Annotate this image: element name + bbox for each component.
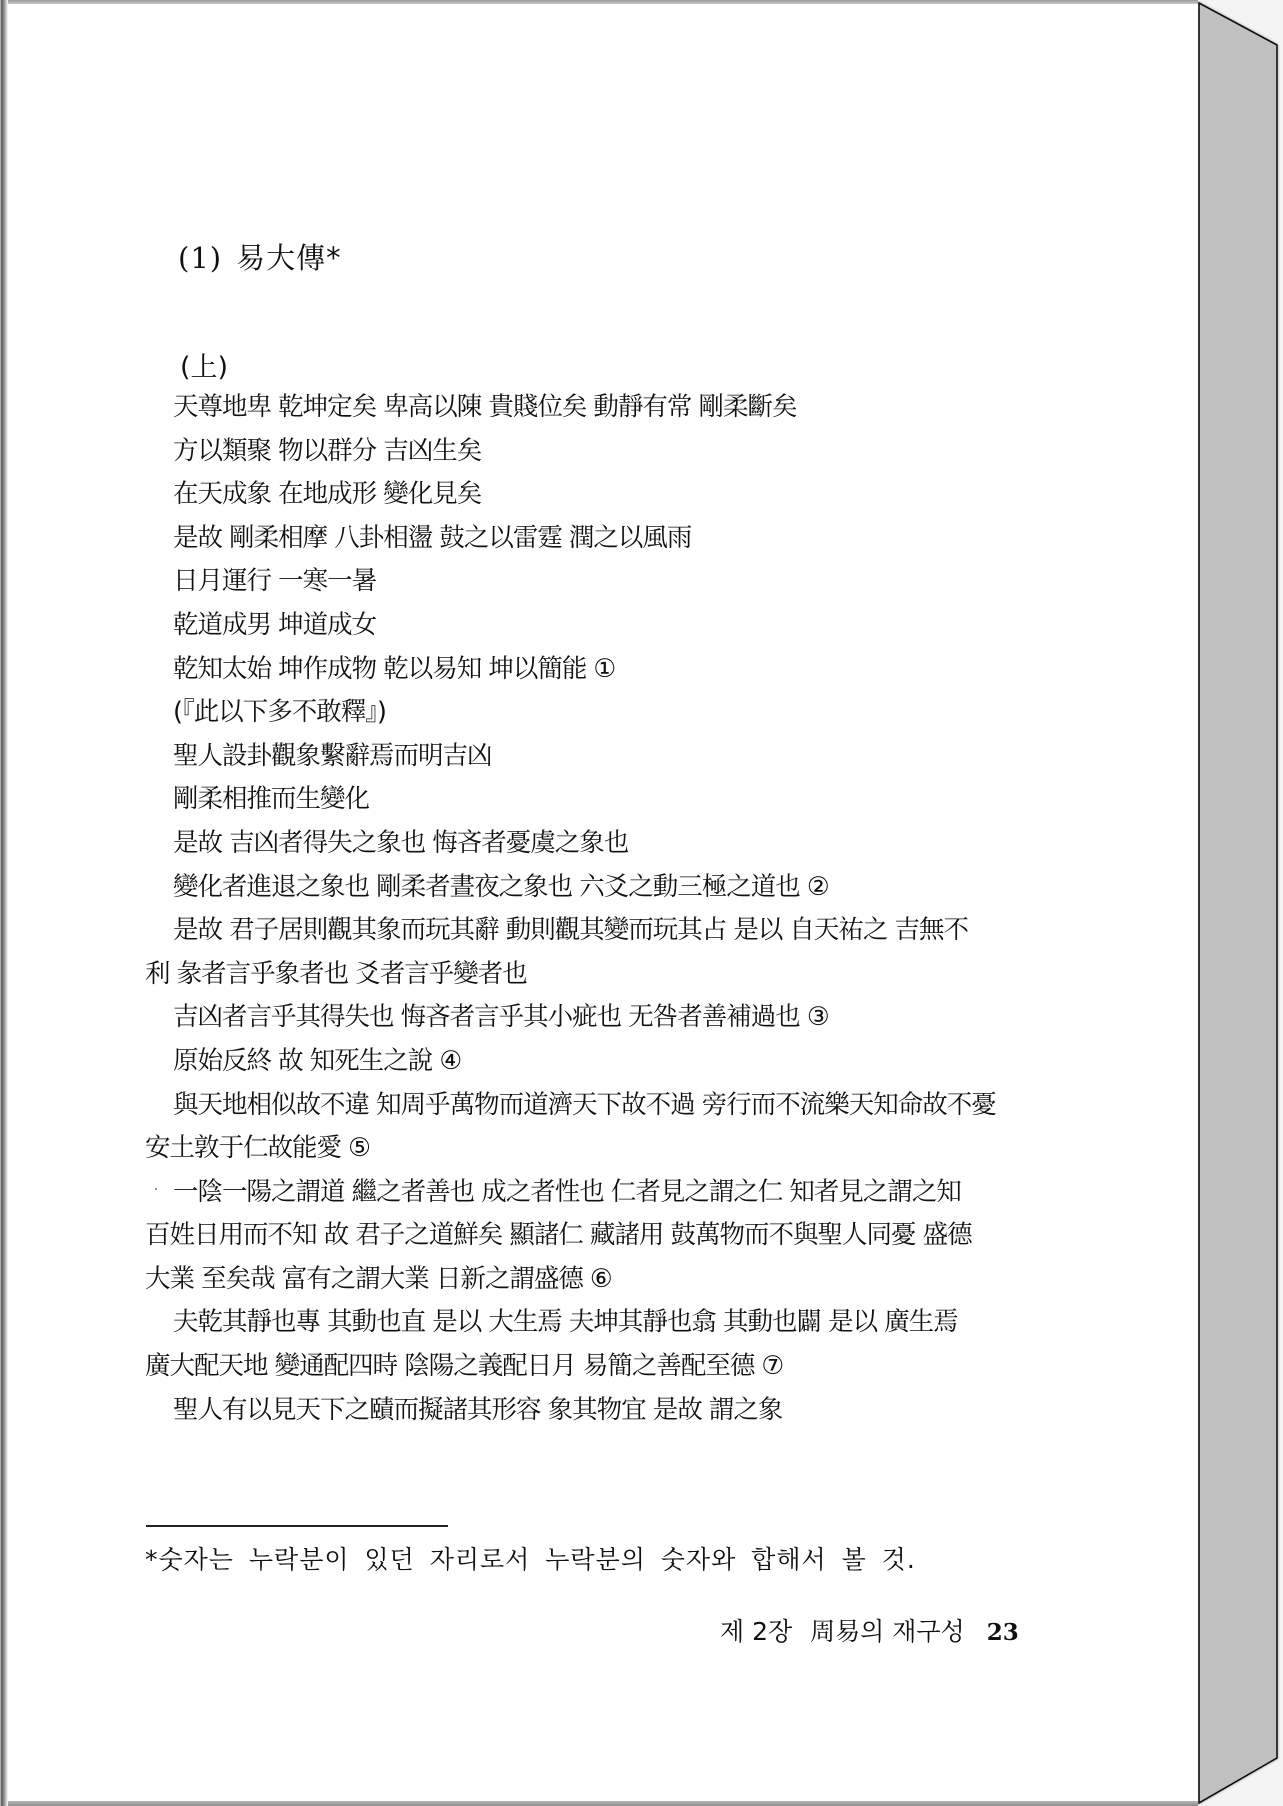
text-line: 乾知太始 坤作成物 乾以易知 坤以簡能 ①	[145, 648, 1050, 692]
text-line: 與天地相似故不違 知周乎萬物而道濟天下故不過 旁行而不流樂天知命故不憂	[145, 1084, 1050, 1128]
section-heading: (1)易大傳*	[178, 236, 342, 277]
text-line: 吉凶者言乎其得失也 悔吝者言乎其小疵也 无咎者善補過也 ③	[145, 996, 1050, 1040]
text-line: 剛柔相推而生變化	[145, 778, 1050, 822]
section-title: 易大傳*	[236, 241, 342, 275]
page-bottom-edge	[0, 1801, 1200, 1806]
text-line: 是故 君子居則觀其象而玩其辭 動則觀其變而玩其占 是以 自天祐之 吉無不	[145, 909, 1050, 953]
footer-chapter-title: 周易의 재구성	[810, 1617, 965, 1646]
page-top-edge	[0, 0, 1200, 4]
text-line: 夫乾其靜也專 其動也直 是以 大生焉 夫坤其靜也翕 其動也闢 是以 廣生焉	[145, 1301, 1050, 1345]
text-line: 利 彖者言乎象者也 爻者言乎變者也	[145, 953, 1050, 997]
footnote-divider	[146, 1525, 448, 1527]
text-line: 聖人有以見天下之賾而擬諸其形容 象其物宜 是故 謂之象	[145, 1389, 1050, 1433]
text-line: 日月運行 一寒一暑	[145, 560, 1050, 604]
footer-chapter: 제 2장	[720, 1617, 792, 1646]
footnote: *숫자는 누락분이 있던 자리로서 누락분의 숫자와 합해서 볼 것.	[145, 1540, 916, 1576]
text-line: 在天成象 在地成形 變化見矣	[145, 473, 1050, 517]
subsection-heading: (上)	[180, 345, 228, 384]
text-line: 方以類聚 物以群分 吉凶生矣	[145, 430, 1050, 474]
text-line: 變化者進退之象也 剛柔者晝夜之象也 六爻之動三極之道也 ②	[145, 866, 1050, 910]
book-side-edge	[1198, 0, 1283, 1806]
text-line: 一陰一陽之謂道 繼之者善也 成之者性也 仁者見之謂之仁 知者見之謂之知	[145, 1171, 1050, 1215]
section-number: (1)	[178, 241, 222, 275]
page-number: 23	[987, 1619, 1019, 1646]
text-line: 天尊地卑 乾坤定矣 卑高以陳 貴賤位矣 動靜有常 剛柔斷矣	[145, 386, 1050, 430]
text-line: 原始反終 故 知死生之說 ④	[145, 1040, 1050, 1084]
text-line: 是故 剛柔相摩 八卦相盪 鼓之以雷霆 潤之以風雨	[145, 517, 1050, 561]
page-left-edge	[0, 0, 8, 1806]
text-line: 百姓日用而不知 故 君子之道鮮矣 顯諸仁 藏諸用 鼓萬物而不與聖人同憂 盛德	[145, 1214, 1050, 1258]
text-line: 安土敦于仁故能愛 ⑤	[145, 1127, 1050, 1171]
text-line: 大業 至矣哉 富有之謂大業 日新之謂盛德 ⑥	[145, 1258, 1050, 1302]
text-line: 乾道成男 坤道成女	[145, 604, 1050, 648]
text-line: (『此以下多不敢釋』)	[145, 691, 1050, 735]
text-line: 是故 吉凶者得失之象也 悔吝者憂虞之象也	[145, 822, 1050, 866]
classical-text-body: 天尊地卑 乾坤定矣 卑高以陳 貴賤位矣 動靜有常 剛柔斷矣方以類聚 物以群分 吉…	[145, 386, 1050, 1432]
text-line: 聖人設卦觀象繫辭焉而明吉凶	[145, 735, 1050, 779]
running-footer: 제 2장周易의 재구성23	[720, 1612, 1019, 1648]
text-line: 廣大配天地 變通配四時 陰陽之義配日月 易簡之善配至德 ⑦	[145, 1345, 1050, 1389]
